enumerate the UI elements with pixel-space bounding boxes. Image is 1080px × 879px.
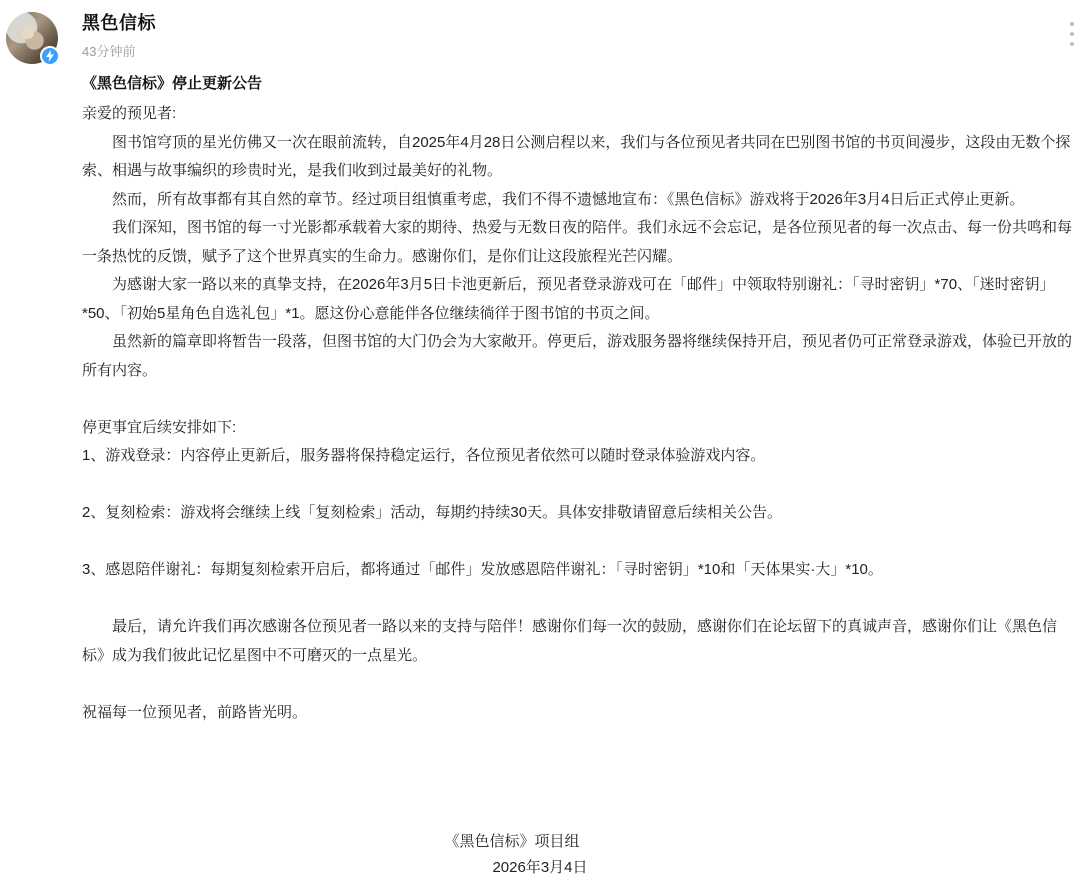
paragraph: 图书馆穹顶的星光仿佛又一次在眼前流转，自2025年4月28日公测启程以来，我们与… — [82, 129, 1076, 186]
author-name[interactable]: 黑色信标 — [82, 9, 156, 35]
post-header: 黑色信标 43分钟前 — [0, 0, 1080, 70]
signature-date: 2026年3月4日 — [0, 856, 1080, 877]
post-timestamp: 43分钟前 — [82, 41, 135, 60]
post-body: 亲爱的预见者: 图书馆穹顶的星光仿佛又一次在眼前流转，自2025年4月28日公测… — [82, 100, 1076, 727]
spacer — [82, 670, 1076, 699]
verified-lightning-icon — [40, 46, 60, 66]
arrangement-item: 2、复刻检索：游戏将会继续上线「复刻检索」活动，每期约持续30天。具体安排敬请留… — [82, 499, 1076, 528]
blessing: 祝福每一位预见者，前路皆光明。 — [82, 699, 1076, 728]
more-options-button[interactable] — [1064, 22, 1080, 46]
greeting: 亲爱的预见者: — [82, 100, 1076, 129]
paragraph: 虽然新的篇章即将暂告一段落，但图书馆的大门仍会为大家敞开。停更后，游戏服务器将继… — [82, 328, 1076, 385]
arrangement-item: 1、游戏登录：内容停止更新后，服务器将保持稳定运行，各位预见者依然可以随时登录体… — [82, 442, 1076, 471]
signature-team: 《黑色信标》项目组 — [0, 830, 1052, 851]
arrangements-heading: 停更事宜后续安排如下: — [82, 414, 1076, 443]
arrangement-item: 3、感恩陪伴谢礼：每期复刻检索开启后，都将通过「邮件」发放感恩陪伴谢礼：「寻时密… — [82, 556, 1076, 585]
spacer — [82, 528, 1076, 557]
spacer — [82, 385, 1076, 414]
more-dot-icon — [1070, 22, 1074, 26]
spacer — [82, 471, 1076, 500]
paragraph: 我们深知，图书馆的每一寸光影都承载着大家的期待、热爱与无数日夜的陪伴。我们永远不… — [82, 214, 1076, 271]
spacer — [82, 585, 1076, 614]
paragraph: 为感谢大家一路以来的真挚支持，在2026年3月5日卡池更新后，预见者登录游戏可在… — [82, 271, 1076, 328]
closing-paragraph: 最后，请允许我们再次感谢各位预见者一路以来的支持与陪伴！感谢你们每一次的鼓励，感… — [82, 613, 1076, 670]
more-dot-icon — [1070, 32, 1074, 36]
post-title: 《黑色信标》停止更新公告 — [82, 72, 262, 93]
paragraph: 然而，所有故事都有其自然的章节。经过项目组慎重考虑，我们不得不遗憾地宣布：《黑色… — [82, 186, 1076, 215]
more-dot-icon — [1070, 42, 1074, 46]
